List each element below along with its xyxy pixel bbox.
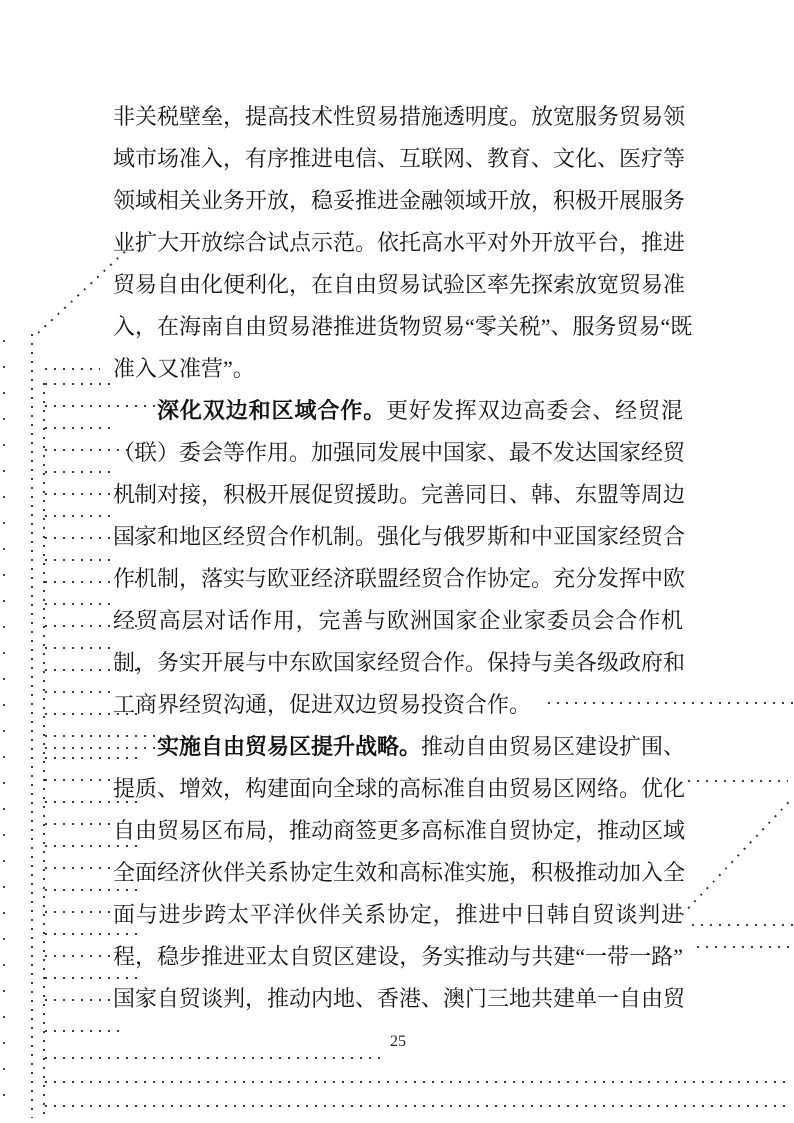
dot-leader-artifact bbox=[45, 977, 137, 979]
dot-leader-artifact bbox=[548, 702, 794, 704]
text-line: 程，稳步推进亚太自贸区建设，务实推动与共建“一带一路” bbox=[113, 936, 683, 978]
dot-leader-artifact bbox=[45, 383, 113, 385]
text-line: 国家和地区经贸合作机制。强化与俄罗斯和中亚国家经贸合 bbox=[113, 516, 683, 558]
text-line: 全面经济伙伴关系协定生效和高标准实施，积极推动加入全 bbox=[113, 852, 683, 894]
dot-leader-artifact bbox=[45, 1030, 120, 1032]
dot-leader-artifact bbox=[45, 823, 113, 825]
paragraph: 非关税壁垒，提高技术性贸易措施透明度。放宽服务贸易领 域市场准入，有序推进电信、… bbox=[113, 96, 683, 390]
dot-leader-artifact bbox=[45, 515, 113, 517]
dot-leader-artifact bbox=[45, 669, 137, 671]
dot-leader-artifact bbox=[45, 867, 113, 869]
text-line: 实施自由贸易区提升战略。推动自由贸易区建设扩围、 bbox=[113, 726, 683, 768]
dot-leader-artifact bbox=[45, 801, 137, 803]
dotted-vertical-artifact bbox=[43, 383, 45, 1118]
dotted-diagonal-artifact bbox=[681, 800, 791, 916]
dot-leader-artifact bbox=[45, 603, 113, 605]
dot-leader-artifact bbox=[45, 427, 113, 429]
text-line: 准入又准营”。 bbox=[113, 348, 683, 390]
dot-leader-artifact bbox=[45, 559, 113, 561]
paragraph-lead-rest: 更好发挥双边高委会、经贸混 bbox=[386, 398, 683, 423]
dot-leader-artifact bbox=[697, 946, 792, 948]
text-block: 非关税壁垒，提高技术性贸易措施透明度。放宽服务贸易领 域市场准入，有序推进电信、… bbox=[113, 96, 683, 1020]
dot-leader-artifact bbox=[45, 911, 113, 913]
dot-leader-artifact bbox=[45, 845, 137, 847]
dot-leader-artifact bbox=[45, 647, 113, 649]
dot-leader-artifact bbox=[45, 471, 113, 473]
text-line: 自由贸易区布局，推动商签更多高标准自贸协定，推动区域 bbox=[113, 810, 683, 852]
paragraph-lead-bold: 实施自由贸易区提升战略。 bbox=[157, 734, 421, 759]
text-line: 工商界经贸沟通，促进双边贸易投资合作。 bbox=[113, 684, 683, 726]
dot-leader-artifact bbox=[45, 889, 137, 891]
text-line: 深化双边和区域合作。更好发挥双边高委会、经贸混 bbox=[113, 390, 683, 432]
text-line: 入，在海南自由贸易港推进货物贸易“零关税”、服务贸易“既 bbox=[113, 306, 683, 348]
text-line: 领域相关业务开放，稳妥推进金融领域开放，积极开展服务 bbox=[113, 180, 683, 222]
dot-leader-artifact bbox=[45, 625, 137, 627]
text-line: 域市场准入，有序推进电信、互联网、教育、文化、医疗等 bbox=[113, 138, 683, 180]
dot-leader-artifact bbox=[45, 955, 113, 957]
text-line: 面与进步跨太平洋伙伴关系协定，推进中日韩自贸谈判进 bbox=[113, 894, 683, 936]
dot-leader-artifact bbox=[45, 1105, 790, 1107]
text-line: 作机制，落实与欧亚经济联盟经贸合作协定。充分发挥中欧 bbox=[113, 558, 683, 600]
dot-leader-artifact bbox=[688, 780, 788, 782]
document-page: 非关税壁垒，提高技术性贸易措施透明度。放宽服务贸易领 域市场准入，有序推进电信、… bbox=[0, 0, 794, 1123]
dot-leader-artifact bbox=[45, 449, 137, 451]
paragraph-lead-rest: 推动自由贸易区建设扩围、 bbox=[421, 734, 685, 759]
page-number: 25 bbox=[386, 1033, 410, 1051]
text-line: 非关税壁垒，提高技术性贸易措施透明度。放宽服务贸易领 bbox=[113, 96, 683, 138]
text-line: 国家自贸谈判，推动内地、香港、澳门三地共建单一自由贸 bbox=[113, 978, 683, 1020]
dot-leader-artifact bbox=[692, 924, 794, 926]
text-line: 贸易自由化便利化，在自由贸易试验区率先探索放宽贸易准 bbox=[113, 264, 683, 306]
text-line: 机制对接，积极开展促贸援助。完善同日、韩、东盟等周边 bbox=[113, 474, 683, 516]
dotted-vertical-artifact bbox=[3, 340, 5, 1118]
dot-leader-artifact bbox=[45, 747, 160, 749]
dot-leader-artifact bbox=[45, 691, 113, 693]
dot-leader-artifact bbox=[45, 537, 137, 539]
paragraph: 实施自由贸易区提升战略。推动自由贸易区建设扩围、 提质、增效，构建面向全球的高标… bbox=[113, 726, 683, 1020]
text-line: 经贸高层对话作用，完善与欧洲国家企业家委员会合作机 bbox=[113, 600, 683, 642]
dot-leader-artifact bbox=[45, 368, 100, 370]
dot-leader-artifact bbox=[45, 779, 113, 781]
paragraph-lead-bold: 深化双边和区域合作。 bbox=[157, 398, 386, 423]
dot-leader-artifact bbox=[45, 1081, 790, 1083]
dot-leader-artifact bbox=[45, 1057, 380, 1059]
dot-leader-artifact bbox=[45, 933, 137, 935]
dot-leader-artifact bbox=[45, 999, 113, 1001]
text-line: 提质、增效，构建面向全球的高标准自由贸易区网络。优化 bbox=[113, 768, 683, 810]
dot-leader-artifact bbox=[45, 405, 160, 407]
text-line: （联）委会等作用。加强同发展中国家、最不发达国家经贸 bbox=[113, 432, 683, 474]
dot-leader-artifact bbox=[45, 757, 137, 759]
text-line: 制，务实开展与中东欧国家经贸合作。保持与美各级政府和 bbox=[113, 642, 683, 684]
dotted-vertical-artifact bbox=[31, 334, 33, 1118]
dot-leader-artifact bbox=[45, 713, 137, 715]
text-line: 业扩大开放综合试点示范。依托高水平对外开放平台，推进 bbox=[113, 222, 683, 264]
paragraph: 深化双边和区域合作。更好发挥双边高委会、经贸混 （联）委会等作用。加强同发展中国… bbox=[113, 390, 683, 726]
dot-leader-artifact bbox=[45, 493, 137, 495]
dot-leader-artifact bbox=[45, 735, 160, 737]
dot-leader-artifact bbox=[45, 581, 137, 583]
